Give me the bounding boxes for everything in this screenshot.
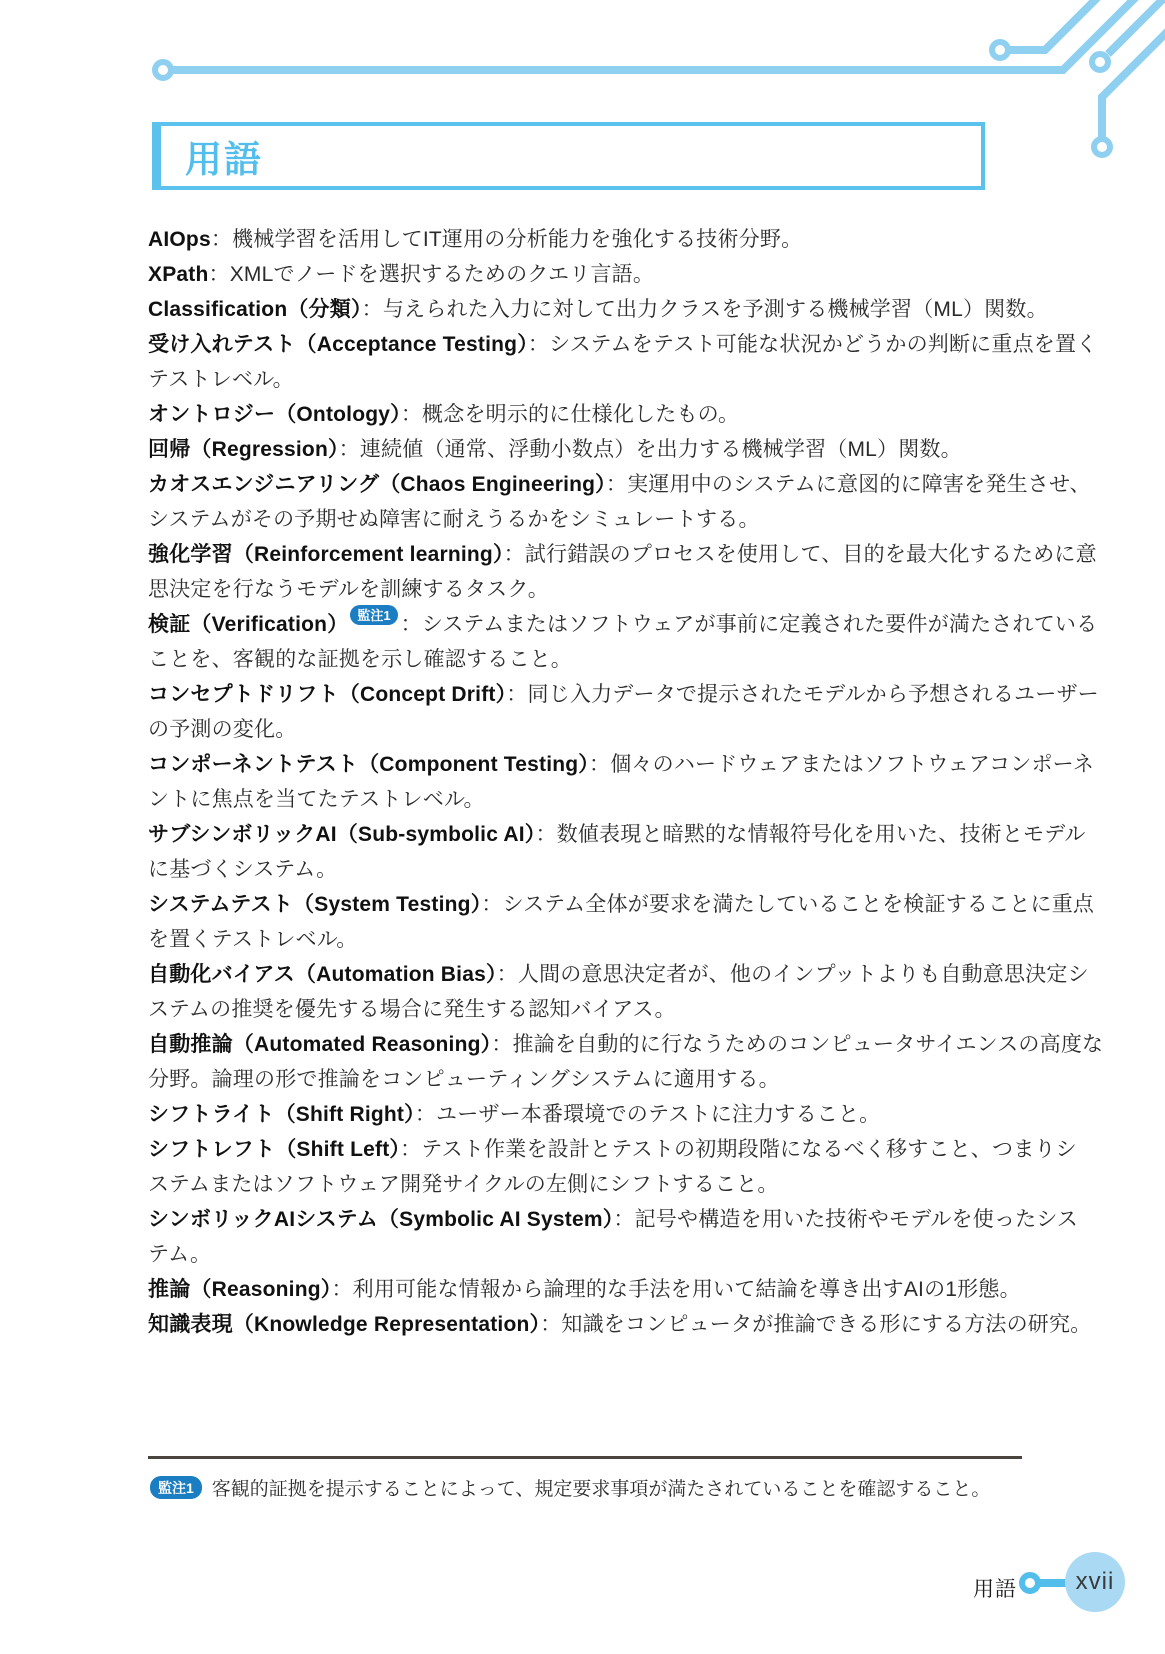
editor-note-badge: 監注1 bbox=[350, 605, 397, 625]
footnote-divider bbox=[148, 1456, 1022, 1459]
glossary-definition: ：数値表現と暗黙的な情報符号化を用いた、技術とモデル bbox=[535, 823, 1085, 846]
footer-section-label: 用語 bbox=[973, 1573, 1017, 1603]
footnote-badge: 監注1 bbox=[150, 1476, 202, 1499]
page-footer: 用語 xvii bbox=[0, 1545, 1165, 1625]
glossary-definition: システムがその予期せぬ障害に耐えうるかをシミュレートする。 bbox=[148, 508, 760, 531]
glossary-term: 推論（Reasoning） bbox=[148, 1278, 331, 1301]
glossary-term: 検証（Verification） bbox=[148, 613, 348, 636]
glossary-term: シンボリックAIシステム（Symbolic AI System） bbox=[148, 1208, 613, 1231]
footnote: 監注1 客観的証拠を提示することによって、規定要求事項が満たされていることを確認… bbox=[150, 1472, 1050, 1502]
glossary-line: 自動推論（Automated Reasoning）：推論を自動的に行なうためのコ… bbox=[148, 1027, 1036, 1062]
page-number: xvii bbox=[1065, 1552, 1125, 1612]
glossary-line: コンセプトドリフト（Concept Drift）：同じ入力データで提示されたモデ… bbox=[148, 677, 1036, 712]
glossary-line: を置くテストレベル。 bbox=[148, 922, 1036, 957]
glossary-line: サブシンボリックAI（Sub-symbolic AI）：数値表現と暗黙的な情報符… bbox=[148, 817, 1036, 852]
glossary-definition: ：概念を明示的に仕様化したもの。 bbox=[401, 403, 739, 426]
glossary-line: Classification（分類）：与えられた入力に対して出力クラスを予測する… bbox=[148, 292, 1036, 327]
glossary-line: XPath：XMLでノードを選択するためのクエリ言語。 bbox=[148, 257, 1036, 292]
glossary-term: AIOps bbox=[148, 228, 211, 251]
glossary-definition: ントに焦点を当てたテストレベル。 bbox=[148, 788, 485, 811]
glossary-term: カオスエンジニアリング（Chaos Engineering） bbox=[148, 473, 606, 496]
glossary-line: ステムまたはソフトウェア開発サイクルの左側にシフトすること。 bbox=[148, 1167, 1036, 1202]
glossary-definition: ：実運用中のシステムに意図的に障害を発生させ、 bbox=[606, 473, 1091, 496]
circuit-node-icon bbox=[1092, 54, 1108, 70]
glossary-definition: ：利用可能な情報から論理的な手法を用いて結論を導き出すAIの1形態。 bbox=[331, 1278, 1020, 1301]
glossary-definition: ：与えられた入力に対して出力クラスを予測する機械学習（ML）関数。 bbox=[362, 298, 1048, 321]
glossary-definition: ：連続値（通常、浮動小数点）を出力する機械学習（ML）関数。 bbox=[339, 438, 962, 461]
glossary-definition: ：推論を自動的に行なうためのコンピュータサイエンスの高度な bbox=[491, 1033, 1103, 1056]
glossary-term: 回帰（Regression） bbox=[148, 438, 339, 461]
glossary-definition: ：同じ入力データで提示されたモデルから予想されるユーザー bbox=[506, 683, 1099, 706]
glossary-definition: テム。 bbox=[148, 1243, 211, 1266]
glossary-term: 受け入れテスト（Acceptance Testing） bbox=[148, 333, 528, 356]
glossary-definition: ：システム全体が要求を満たしていることを検証することに重点 bbox=[481, 893, 1094, 916]
glossary-definition: テストレベル。 bbox=[148, 368, 294, 391]
glossary-term: 自動推論（Automated Reasoning） bbox=[148, 1033, 491, 1056]
glossary-line: ントに焦点を当てたテストレベル。 bbox=[148, 782, 1036, 817]
section-title-box: 用語 bbox=[152, 122, 985, 190]
circuit-node-icon bbox=[1094, 139, 1110, 155]
glossary-definition: ：人間の意思決定者が、他のインプットよりも自動意思決定シ bbox=[497, 963, 1089, 986]
glossary-line: カオスエンジニアリング（Chaos Engineering）：実運用中のシステム… bbox=[148, 467, 1036, 502]
glossary-definition: ステムまたはソフトウェア開発サイクルの左側にシフトすること。 bbox=[148, 1173, 779, 1196]
glossary-line: システムがその予期せぬ障害に耐えうるかをシミュレートする。 bbox=[148, 502, 1036, 537]
glossary-term: シフトレフト（Shift Left） bbox=[148, 1138, 400, 1161]
page: 用語 AIOps：機械学習を活用してIT運用の分析能力を強化する技術分野。XPa… bbox=[0, 0, 1165, 1654]
glossary-term: オントロジー（Ontology） bbox=[148, 403, 401, 426]
circuit-node-icon bbox=[1022, 1575, 1038, 1591]
glossary-line: 検証（Verification）監注1：システムまたはソフトウェアが事前に定義さ… bbox=[148, 607, 1036, 642]
glossary-definition: の予測の変化。 bbox=[148, 718, 296, 741]
glossary-line: 自動化バイアス（Automation Bias）：人間の意思決定者が、他のインプ… bbox=[148, 957, 1036, 992]
glossary-term: 強化学習（Reinforcement learning） bbox=[148, 543, 504, 566]
glossary-line: コンポーネントテスト（Component Testing）：個々のハードウェアま… bbox=[148, 747, 1036, 782]
glossary-line: 回帰（Regression）：連続値（通常、浮動小数点）を出力する機械学習（ML… bbox=[148, 432, 1036, 467]
glossary-term: 自動化バイアス（Automation Bias） bbox=[148, 963, 497, 986]
glossary-line: に基づくシステム。 bbox=[148, 852, 1036, 887]
glossary-definition: ：機械学習を活用してIT運用の分析能力を強化する技術分野。 bbox=[211, 228, 802, 251]
glossary-term: コンポーネントテスト（Component Testing） bbox=[148, 753, 589, 776]
glossary-definition: ：システムをテスト可能な状況かどうかの判断に重点を置く bbox=[528, 333, 1097, 356]
glossary-line: システムテスト（System Testing）：システム全体が要求を満たしている… bbox=[148, 887, 1036, 922]
page-title: 用語 bbox=[185, 129, 263, 183]
glossary-definition: ステムの推奨を優先する場合に発生する認知バイアス。 bbox=[148, 998, 676, 1021]
glossary-term: Classification（分類） bbox=[148, 298, 362, 321]
circuit-node-icon bbox=[992, 42, 1008, 58]
glossary-line: 推論（Reasoning）：利用可能な情報から論理的な手法を用いて結論を導き出す… bbox=[148, 1272, 1036, 1307]
glossary-term: サブシンボリックAI（Sub-symbolic AI） bbox=[148, 823, 535, 846]
glossary-definition: ：知識をコンピュータが推論できる形にする方法の研究。 bbox=[540, 1313, 1091, 1336]
footnote-text: 客観的証拠を提示することによって、規定要求事項が満たされていることを確認すること… bbox=[212, 1474, 991, 1501]
glossary-line: シンボリックAIシステム（Symbolic AI System）：記号や構造を用… bbox=[148, 1202, 1036, 1237]
glossary-line: テム。 bbox=[148, 1237, 1036, 1272]
glossary-term: 知識表現（Knowledge Representation） bbox=[148, 1313, 540, 1336]
glossary-line: 強化学習（Reinforcement learning）：試行錯誤のプロセスを使… bbox=[148, 537, 1036, 572]
glossary-definition: ：ユーザー本番環境でのテストに注力すること。 bbox=[415, 1103, 881, 1126]
glossary-list: AIOps：機械学習を活用してIT運用の分析能力を強化する技術分野。XPath：… bbox=[148, 222, 1036, 1342]
glossary-definition: 分野。論理の形で推論をコンピューティングシステムに適用する。 bbox=[148, 1068, 780, 1091]
glossary-term: XPath bbox=[148, 263, 209, 286]
glossary-definition: 思決定を行なうモデルを訓練するタスク。 bbox=[148, 578, 549, 601]
glossary-line: 思決定を行なうモデルを訓練するタスク。 bbox=[148, 572, 1036, 607]
glossary-line: の予測の変化。 bbox=[148, 712, 1036, 747]
glossary-definition: ：記号や構造を用いた技術やモデルを使ったシス bbox=[613, 1208, 1078, 1231]
glossary-line: 知識表現（Knowledge Representation）：知識をコンピュータ… bbox=[148, 1307, 1036, 1342]
glossary-term: シフトライト（Shift Right） bbox=[148, 1103, 415, 1126]
glossary-definition: に基づくシステム。 bbox=[148, 858, 337, 881]
glossary-definition: ：試行錯誤のプロセスを使用して、目的を最大化するために意 bbox=[504, 543, 1097, 566]
glossary-line: シフトレフト（Shift Left）：テスト作業を設計とテストの初期段階になるべ… bbox=[148, 1132, 1036, 1167]
glossary-line: テストレベル。 bbox=[148, 362, 1036, 397]
glossary-term: システムテスト（System Testing） bbox=[148, 893, 481, 916]
glossary-definition: を置くテストレベル。 bbox=[148, 928, 357, 951]
glossary-definition: ：XMLでノードを選択するためのクエリ言語。 bbox=[209, 263, 655, 286]
glossary-line: 受け入れテスト（Acceptance Testing）：システムをテスト可能な状… bbox=[148, 327, 1036, 362]
circuit-node-icon bbox=[155, 62, 171, 78]
glossary-definition: ：テスト作業を設計とテストの初期段階になるべく移すこと、つまりシ bbox=[400, 1138, 1077, 1161]
glossary-line: AIOps：機械学習を活用してIT運用の分析能力を強化する技術分野。 bbox=[148, 222, 1036, 257]
glossary-line: オントロジー（Ontology）：概念を明示的に仕様化したもの。 bbox=[148, 397, 1036, 432]
glossary-line: ことを、客観的な証拠を示し確認すること。 bbox=[148, 642, 1036, 677]
glossary-line: 分野。論理の形で推論をコンピューティングシステムに適用する。 bbox=[148, 1062, 1036, 1097]
glossary-definition: ：個々のハードウェアまたはソフトウェアコンポーネ bbox=[589, 753, 1094, 776]
glossary-line: ステムの推奨を優先する場合に発生する認知バイアス。 bbox=[148, 992, 1036, 1027]
glossary-definition: ことを、客観的な証拠を示し確認すること。 bbox=[148, 648, 572, 671]
glossary-definition: ：システムまたはソフトウェアが事前に定義された要件が満たされている bbox=[401, 613, 1098, 636]
glossary-term: コンセプトドリフト（Concept Drift） bbox=[148, 683, 506, 706]
glossary-line: シフトライト（Shift Right）：ユーザー本番環境でのテストに注力すること… bbox=[148, 1097, 1036, 1132]
